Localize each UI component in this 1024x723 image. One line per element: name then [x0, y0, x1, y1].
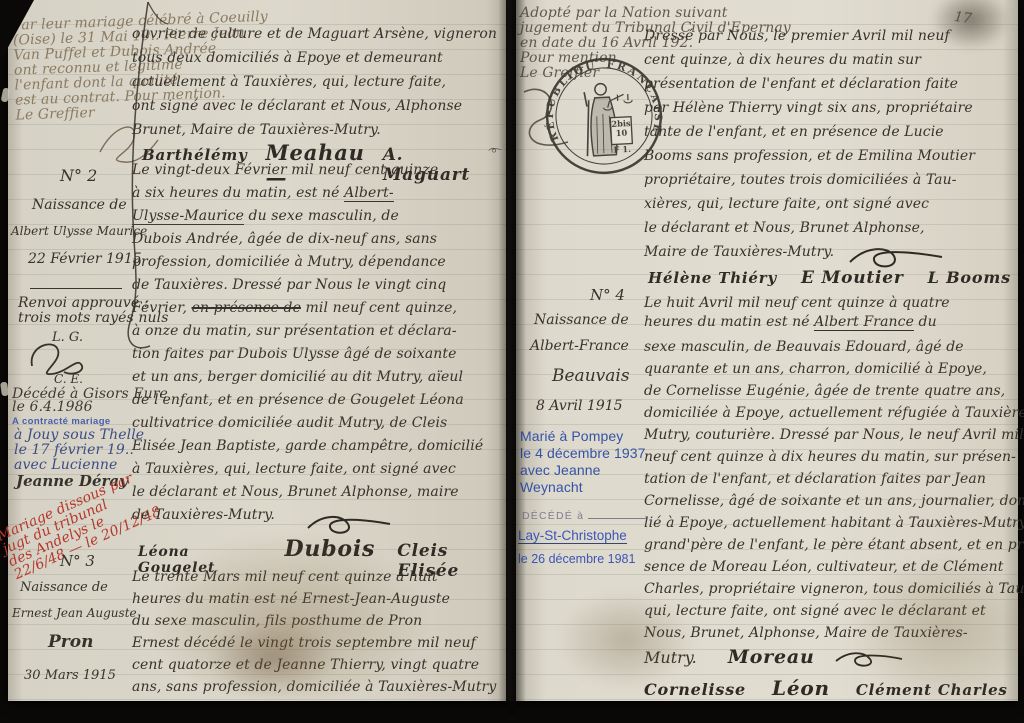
record-3-cont-lines: Dressé par Nous, le premier Avril mil ne…: [644, 24, 975, 264]
text-segment: DÉCÉDÉ à: [522, 510, 584, 522]
text-segment: à six heures du matin, est né: [132, 185, 344, 201]
birth-label: Naissance de: [32, 197, 127, 213]
record-number: N° 4: [590, 286, 625, 304]
record-number: N° 3: [60, 552, 95, 570]
marriage-annotation: à Jouy sous Thellele 17 février 19..avec…: [14, 428, 144, 473]
deceased-stamp-label: DÉCÉDÉ à: [522, 508, 646, 522]
record-3-lines: Le trente Mars mil neuf cent quinze à hu…: [132, 566, 496, 698]
text-segment: Mutry.: [644, 648, 697, 667]
record-4-signatures: Cornelisse Léon Clément Charles: [644, 676, 1024, 700]
signature-dubois: Dubois: [285, 536, 376, 562]
record-4-lines-a: Le huit Avril mil neuf cent quinze à qua…: [644, 292, 1024, 314]
text-segment: mil neuf cent quinze,: [301, 300, 457, 316]
clerk-initials: L. G.: [52, 330, 83, 345]
left-page: Par leur mariage célébré à Coeuilly(Oise…: [8, 0, 506, 701]
stamp-value-mid: 10: [615, 127, 627, 138]
record-2-lines-b: Dubois Andrée, âgée de dix-neuf ans, san…: [132, 231, 483, 300]
record-2-strike-line: Février, en présence de mil neuf cent qu…: [132, 300, 483, 323]
deceased-place: Lay-St-Christophe: [518, 528, 627, 544]
clerk-initials-2: C. E.: [54, 372, 83, 386]
text-segment: Février,: [132, 300, 192, 316]
birth-label: Naissance de: [20, 580, 108, 595]
margin-rule: [30, 288, 122, 289]
stamp-value-base: F 1.: [613, 144, 631, 155]
record-4-text: Le huit Avril mil neuf cent quinze à qua…: [644, 292, 1024, 700]
signature-thiery: Hélène Thiéry: [648, 269, 777, 287]
underlined-name: Albert France: [814, 314, 914, 331]
record-4-birth-line: heures du matin est né Albert France du: [644, 314, 1024, 336]
signature-leon: Léon: [772, 676, 830, 700]
record-2-lines-c: à onze du matin, sur présentation et déc…: [132, 323, 483, 530]
record-3-continuation-text: Dressé par Nous, le premier Avril mil ne…: [644, 24, 975, 264]
signature-moreau: Moreau: [728, 646, 815, 668]
signature-paraph: [834, 649, 904, 669]
signature-paraph: [488, 140, 502, 160]
record-3-text: Le trente Mars mil neuf cent quinze à hu…: [132, 566, 496, 698]
child-name: Albert-France: [530, 338, 629, 354]
registry-book-photo: Par leur mariage célébré à Coeuilly(Oise…: [0, 0, 1024, 723]
record-4-close-line: Mutry. Moreau: [644, 646, 1024, 672]
birth-date: 22 Février 1915: [28, 251, 142, 267]
birth-label: Naissance de: [534, 312, 629, 328]
record-2-birth-line-2: Ulysse-Maurice du sexe masculin, de: [132, 208, 483, 231]
right-page: Adopté par la Nation suivantjugement du …: [516, 0, 1018, 701]
record-1-text: ouvrier de culture et de Maguart Arsène,…: [132, 22, 497, 142]
text-segment: du: [914, 314, 937, 330]
marriage-annotation-blue: Marié à Pompeyle 4 décembre 1937avec Jea…: [520, 428, 646, 496]
stamp-figure-head: [595, 83, 607, 95]
underlined-name: Ulysse-Maurice: [132, 208, 244, 225]
signature-clement: Clément Charles: [856, 681, 1008, 699]
birth-date: 8 Avril 1915: [536, 398, 623, 414]
signature-moutier: E Moutier: [801, 268, 904, 288]
marriage-stamp-label: A contracté mariage: [12, 416, 111, 427]
child-name: Albert Ulysse Maurice: [11, 224, 147, 238]
underlined-name: Albert-: [344, 185, 394, 202]
signature-booms: L Booms: [928, 268, 1011, 287]
record-3-signatures: Hélène Thiéry E Moutier L Booms: [648, 268, 1018, 288]
record-2-lines-a: Le vingt-deux Février mil neuf cent quin…: [132, 162, 483, 185]
child-surname: Pron: [48, 632, 93, 652]
record-2-text: Le vingt-deux Février mil neuf cent quin…: [132, 162, 483, 530]
child-surname: Beauvais: [552, 366, 630, 386]
birth-date: 30 Mars 1915: [24, 668, 116, 683]
text-segment: heures du matin est né: [644, 314, 814, 330]
struck-words: en présence de: [192, 300, 301, 316]
record-number: N° 2: [60, 166, 97, 185]
child-name: Ernest Jean Auguste: [12, 606, 137, 620]
record-2-birth-line-1: à six heures du matin, est né Albert-: [132, 185, 483, 208]
record-1-lines: ouvrier de culture et de Maguart Arsène,…: [132, 22, 497, 142]
stamp-blank-line: [588, 508, 646, 519]
record-4-lines-b: sexe masculin, de Beauvais Edouard, âgé …: [644, 336, 1024, 644]
signature-cornelisse: Cornelisse: [644, 680, 746, 699]
deceased-date: le 26 décembre 1981: [518, 552, 635, 566]
text-segment: du sexe masculin, de: [244, 208, 399, 224]
